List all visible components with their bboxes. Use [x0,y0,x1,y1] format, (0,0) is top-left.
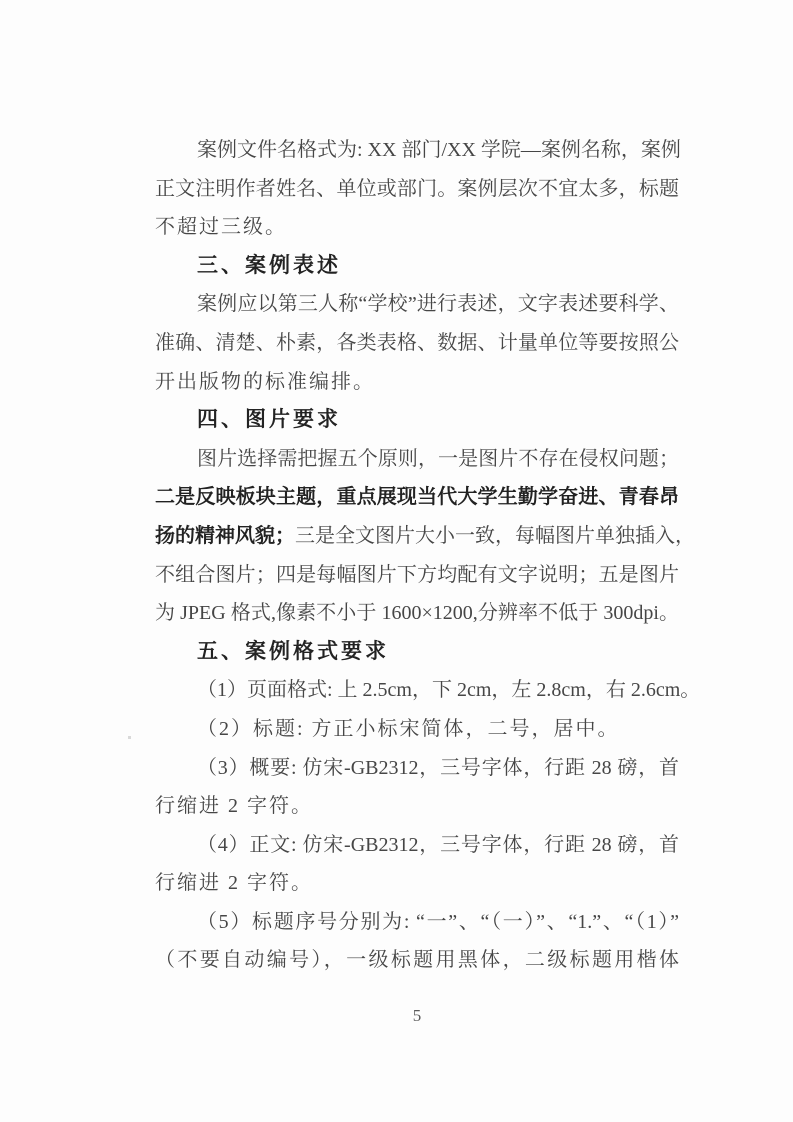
para-filename-line2: 正文注明作者姓名、单位或部门。案例层次不宜太多，标题 [155,170,679,209]
text-segment: 图片选择需把握五个原则，一是图片不存在侵权问题； [197,448,679,470]
document-body: 案例文件名格式为: XX 部门/XX 学院—案例名称，案例正文注明作者姓名、单位… [155,131,679,980]
format-item-3-line1: （3）概要: 仿宋-GB2312，三号字体，行距 28 磅，首 [155,749,679,788]
document-page: 案例文件名格式为: XX 部门/XX 学院—案例名称，案例正文注明作者姓名、单位… [0,0,793,1122]
para-expression-line1: 案例应以第三人称“学校”进行表述，文字表述要科学、 [155,285,679,324]
para-filename-line1: 案例文件名格式为: XX 部门/XX 学院—案例名称，案例 [155,131,679,170]
para-image-line2-bold: 二是反映板块主题，重点展现当代大学生勤学奋进、青春昂 [155,478,679,517]
text-segment: （4）正文: 仿宋-GB2312，三号字体，行距 28 磅，首 [197,834,679,856]
section-heading-3: 三、案例表述 [155,247,679,286]
text-segment: 行缩进 2 字符。 [155,872,313,894]
section-heading-4: 四、图片要求 [155,401,679,440]
bold-text-segment: 五、案例格式要求 [197,640,389,663]
format-item-4-line2: 行缩进 2 字符。 [155,864,679,903]
page-number: 5 [155,1006,679,1026]
text-segment: （不要自动编号），一级标题用黑体，二级标题用楷体 [155,949,679,971]
text-segment: （2）标题: 方正小标宋简体，二号，居中。 [197,718,620,740]
para-image-line5: 为 JPEG 格式,像素不小于 1600×1200,分辨率不低于 300dpi。 [155,594,679,633]
text-segment: 不组合图片；四是每幅图片下方均配有文字说明；五是图片 [155,564,679,586]
text-segment: 正文注明作者姓名、单位或部门。案例层次不宜太多，标题 [155,178,679,200]
scan-artifact-dot [128,736,131,739]
text-segment: 不超过三级。 [155,216,287,238]
text-segment: 行缩进 2 字符。 [155,795,313,817]
text-segment: 准确、清楚、朴素，各类表格、数据、计量单位等要按照公 [155,332,679,354]
text-segment: （3）概要: 仿宋-GB2312，三号字体，行距 28 磅，首 [197,757,679,779]
para-image-line1: 图片选择需把握五个原则，一是图片不存在侵权问题； [155,440,679,479]
bold-text-segment: 扬的精神风貌； [155,525,295,547]
bold-text-segment: 四、图片要求 [197,408,341,431]
format-item-4-line1: （4）正文: 仿宋-GB2312，三号字体，行距 28 磅，首 [155,826,679,865]
bold-text-segment: 三、案例表述 [197,254,341,277]
text-segment: 案例应以第三人称“学校”进行表述，文字表述要科学、 [197,293,679,315]
para-image-line3-mixed: 扬的精神风貌；三是全文图片大小一致，每幅图片单独插入， [155,517,679,556]
format-item-2: （2）标题: 方正小标宋简体，二号，居中。 [155,710,679,749]
format-item-5-line2: （不要自动编号），一级标题用黑体，二级标题用楷体 [155,941,679,980]
format-item-1: （1）页面格式: 上 2.5cm，下 2cm，左 2.8cm，右 2.6cm。 [155,671,679,710]
para-expression-line2: 准确、清楚、朴素，各类表格、数据、计量单位等要按照公 [155,324,679,363]
text-segment: 三是全文图片大小一致，每幅图片单独插入， [295,525,695,547]
bold-text-segment: 二是反映板块主题，重点展现当代大学生勤学奋进、青春昂 [155,486,679,508]
format-item-3-line2: 行缩进 2 字符。 [155,787,679,826]
text-segment: （5）标题序号分别为: “一”、“（一）”、“1.”、“（1）” [197,911,679,933]
para-expression-line3: 开出版物的标准编排。 [155,363,679,402]
text-segment: 为 JPEG 格式,像素不小于 1600×1200,分辨率不低于 300dpi。 [155,602,679,624]
format-item-5-line1: （5）标题序号分别为: “一”、“（一）”、“1.”、“（1）” [155,903,679,942]
para-filename-line3: 不超过三级。 [155,208,679,247]
section-heading-5: 五、案例格式要求 [155,633,679,672]
text-segment: 开出版物的标准编排。 [155,371,375,393]
text-segment: （1）页面格式: 上 2.5cm，下 2cm，左 2.8cm，右 2.6cm。 [197,679,700,701]
text-segment: 案例文件名格式为: XX 部门/XX 学院—案例名称，案例 [197,139,681,161]
para-image-line4: 不组合图片；四是每幅图片下方均配有文字说明；五是图片 [155,556,679,595]
